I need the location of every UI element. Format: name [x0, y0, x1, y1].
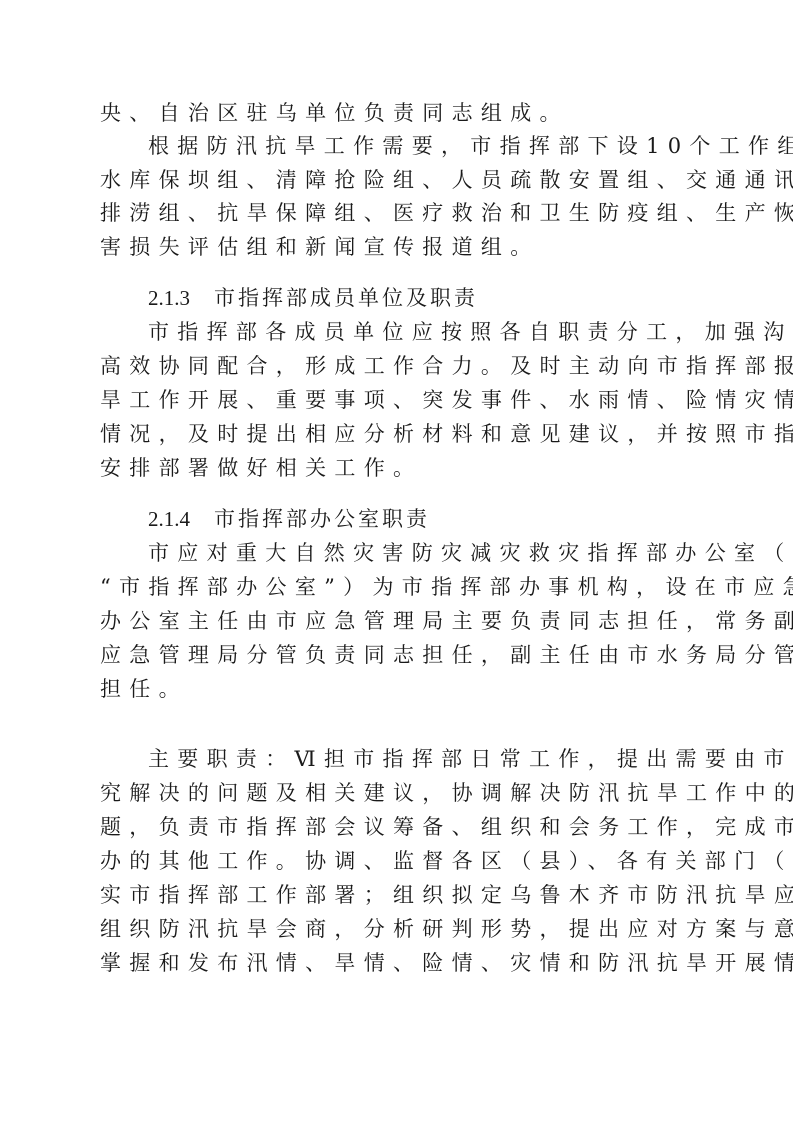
text-line: 办的其他工作。协调、监督各区（县）、各有关部门（单位）落	[100, 846, 692, 876]
text-line: 央、自治区驻乌单位负责同志组成。	[100, 98, 692, 128]
text-line: 掌握和发布汛情、旱情、险情、灾情和防汛抗旱开展情况；组织	[100, 948, 692, 978]
section-heading-2-1-4: 2.1.4市指挥部办公室职责	[148, 504, 430, 534]
text-line: 根据防汛抗旱工作需要，市指挥部下设10个工作组，分别为	[148, 131, 692, 161]
text-line: 高效协同配合，形成工作合力。及时主动向市指挥部报送防汛抗	[100, 351, 692, 381]
text-line: 水库保坝组、清障抢险组、人员疏散安置组、交通通讯组、城市	[100, 165, 692, 195]
text-line: 情况，及时提出相应分析材料和意见建议，并按照市指挥部统一	[100, 419, 692, 449]
text-line: 担任。	[100, 674, 692, 704]
text-line: “市指挥部办公室”）为市指挥部办事机构，设在市应急管理局，	[100, 572, 692, 602]
text-line: 组织防汛抗旱会商，分析研判形势，提出应对方案与意见建议；	[100, 914, 692, 944]
section-number: 2.1.3	[148, 286, 190, 310]
document-page: 央、自治区驻乌单位负责同志组成。根据防汛抗旱工作需要，市指挥部下设10个工作组，…	[0, 0, 793, 1122]
text-line: 市应对重大自然灾害防灾减灾救灾指挥部办公室（以下简称	[148, 538, 692, 568]
section-heading-2-1-3: 2.1.3市指挥部成员单位及职责	[148, 283, 478, 313]
section-title: 市指挥部办公室职责	[214, 507, 430, 531]
section-title: 市指挥部成员单位及职责	[214, 286, 478, 310]
text-line: 害损失评估组和新闻宣传报道组。	[100, 232, 692, 262]
text-line: 安排部署做好相关工作。	[100, 453, 692, 483]
text-line: 应急管理局分管负责同志担任，副主任由市水务局分管负责同志	[100, 640, 692, 670]
text-line: 主要职责：Ⅵ担市指挥部日常工作，提出需要由市指挥部研	[148, 744, 692, 774]
text-line: 排涝组、抗旱保障组、医疗救治和卫生防疫组、生产恢复组、灾	[100, 198, 692, 228]
text-line: 实市指挥部工作部署；组织拟定乌鲁木齐市防汛抗旱应急预案；	[100, 880, 692, 910]
text-line: 题，负责市指挥部会议筹备、组织和会务工作，完成市指挥部交	[100, 812, 692, 842]
section-number: 2.1.4	[148, 507, 190, 531]
text-line: 办公室主任由市应急管理局主要负责同志担任，常务副主任由市	[100, 606, 692, 636]
text-line: 究解决的问题及相关建议，协调解决防汛抗旱工作中的具体问	[100, 778, 692, 808]
text-line: 旱工作开展、重要事项、突发事件、水雨情、险情灾情及其处置	[100, 385, 692, 415]
text-line: 市指挥部各成员单位应按照各自职责分工，加强沟通联系，	[148, 317, 692, 347]
